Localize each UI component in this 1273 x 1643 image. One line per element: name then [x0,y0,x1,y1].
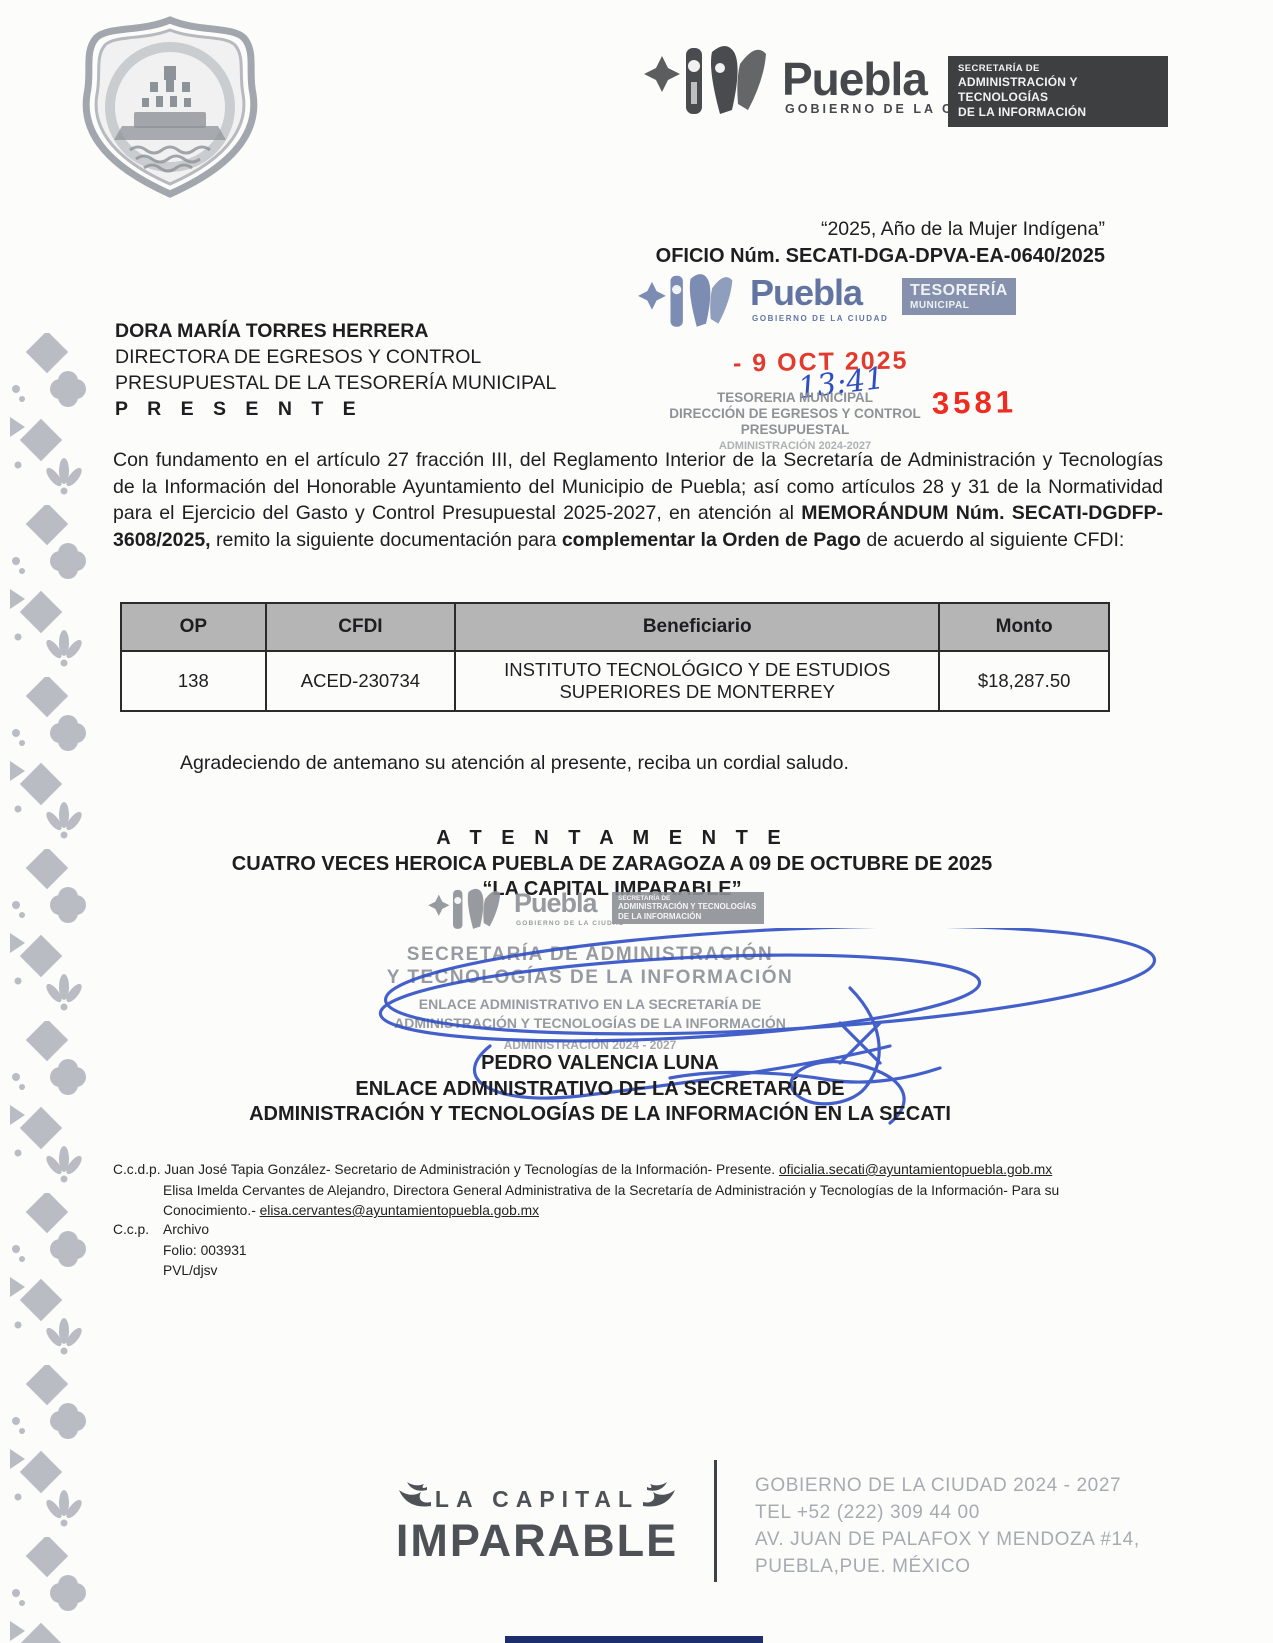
body-run-2: remito la siguiente documentación para [211,529,562,551]
tesoreria-logo-icon [630,268,745,336]
oficio-number: OFICIO Núm. SECATI-DGA-DPVA-EA-0640/2025 [656,243,1105,270]
ccp-folio: Folio: 003931 [163,1241,463,1262]
ccp-block: C.c.p. Archivo Folio: 003931 PVL/djsv [113,1220,149,1241]
received-office-stamp: TESORERIA MUNICIPAL DIRECCIÓN DE EGRESOS… [635,390,955,454]
puebla-crest-icon [72,14,268,200]
footer-tel: TEL +52 (222) 309 44 00 [755,1499,1140,1526]
cc-line1-text: Juan José Tapia González- Secretario de … [164,1162,779,1177]
year-quote: “2025, Año de la Mujer Indígena” [656,216,1105,243]
footer-address-1: AV. JUAN DE PALAFOX Y MENDOZA #14, [755,1526,1140,1553]
col-op: OP [121,603,266,651]
left-wing-icon [397,1480,433,1514]
recipient-block: DORA MARÍA TORRES HERRERA DIRECTORA DE E… [115,318,556,422]
received-folio-number: 3581 [932,384,1018,421]
cc-line-1: C.c.d.p. Juan José Tapia González- Secre… [113,1160,1059,1181]
cc-line3-text: Conocimiento.- [163,1203,260,1218]
table-row: 138 ACED-230734 INSTITUTO TECNOLÓGICO Y … [121,651,1109,711]
footer-address-2: PUEBLA,PUE. MÉXICO [755,1553,1140,1580]
body-orden-pago: complementar la Orden de Pago [562,529,861,551]
recipient-name: DORA MARÍA TORRES HERRERA [115,318,556,344]
puebla-logo-icon [642,38,774,126]
recipient-title-1: DIRECTORA DE EGRESOS Y CONTROL [115,344,556,370]
tesoreria-badge-line1: TESORERÍA [910,282,1008,300]
imparable-text: IMPARABLE [392,1515,682,1567]
office-line1: TESORERIA MUNICIPAL [635,390,955,406]
ccp-initials: PVL/djsv [163,1261,463,1282]
cc-email-1[interactable]: oficialia.secati@ayuntamientopuebla.gob.… [779,1162,1052,1177]
badge-line3: DE LA INFORMACIÓN [958,105,1158,120]
badge-line2: ADMINISTRACIÓN Y TECNOLOGÍAS [958,75,1158,105]
recipient-title-2: PRESUPUESTAL DE LA TESORERÍA MUNICIPAL [115,370,556,396]
footer-gov: GOBIERNO DE LA CIUDAD 2024 - 2027 [755,1472,1140,1499]
footer-contact: GOBIERNO DE LA CIUDAD 2024 - 2027 TEL +5… [755,1472,1140,1580]
cc-block: C.c.d.p. Juan José Tapia González- Secre… [113,1160,1059,1222]
tesoreria-stamp: Puebla GOBIERNO DE LA CIUDAD TESORERÍA M… [630,268,990,338]
tesoreria-brand-subtitle: GOBIERNO DE LA CIUDAD [752,314,888,323]
mini-stamp-subtitle: GOBIERNO DE LA CIUDAD [516,920,625,927]
office-line2: DIRECCIÓN DE EGRESOS Y CONTROL [635,406,955,422]
thanks-line: Agradeciendo de antemano su atención al … [180,752,849,775]
recipient-presente: P R E S E N T E [115,396,556,422]
signer-title-2: ADMINISTRACIÓN Y TECNOLOGÍAS DE LA INFOR… [150,1102,1050,1128]
office-line3: PRESUPUESTAL [635,422,955,438]
mini-stamp-wordmark: Puebla [514,888,597,919]
table-header-row: OP CFDI Beneficiario Monto [121,603,1109,651]
col-monto: Monto [939,603,1109,651]
signer-title-1: ENLACE ADMINISTRATIVO DE LA SECRETARÍA D… [150,1077,1050,1103]
mini-badge-line2: ADMINISTRACIÓN Y TECNOLOGÍAS [618,902,758,911]
header-secretaria-badge: SECRETARÍA DE ADMINISTRACIÓN Y TECNOLOGÍ… [948,56,1168,127]
mini-badge-line1: SECRETARÍA DE [618,895,758,902]
scan-artifact-bar [505,1636,763,1643]
capital-imparable-logo: LA CAPITAL IMPARABLE [392,1486,682,1567]
cell-beneficiario: INSTITUTO TECNOLÓGICO Y DE ESTUDIOS SUPE… [455,651,939,711]
cc-line-2: Elisa Imelda Cervantes de Alejandro, Dir… [163,1181,1059,1202]
footer-divider [714,1460,717,1582]
ccp-label: C.c.p. [113,1222,149,1237]
city-date-line: CUATRO VECES HEROICA PUEBLA DE ZARAGOZA … [112,853,1112,876]
cell-op: 138 [121,651,266,711]
tesoreria-badge: TESORERÍA MUNICIPAL [902,278,1016,315]
cc-line-3: Conocimiento.- elisa.cervantes@ayuntamie… [163,1201,1059,1222]
signer-block: PEDRO VALENCIA LUNA ENLACE ADMINISTRATIV… [150,1051,1050,1128]
cc-email-2[interactable]: elisa.cervantes@ayuntamientopuebla.gob.m… [260,1203,539,1218]
col-cfdi: CFDI [266,603,456,651]
talavera-border-pattern [4,333,106,1643]
atentamente-line: A T E N T A M E N T E [112,827,1112,850]
cfdi-table: OP CFDI Beneficiario Monto 138 ACED-2307… [120,602,1110,712]
tesoreria-badge-line2: MUNICIPAL [910,300,1008,311]
badge-line1: SECRETARÍA DE [958,63,1158,75]
ccp-archive: Archivo [163,1220,463,1241]
mini-stamp-badge: SECRETARÍA DE ADMINISTRACIÓN Y TECNOLOGÍ… [612,892,764,924]
tesoreria-brand-wordmark: Puebla [750,272,862,314]
body-run-3: de acuerdo al siguiente CFDI: [861,529,1124,551]
right-wing-icon [641,1480,677,1514]
header-brand-wordmark: Puebla [782,52,927,106]
ccp-details: Archivo Folio: 003931 PVL/djsv [163,1220,463,1282]
document-page: Puebla GOBIERNO DE LA CIUDAD SECRETARÍA … [0,0,1273,1643]
cell-monto: $18,287.50 [939,651,1109,711]
cell-cfdi: ACED-230734 [266,651,456,711]
capital-text: LA CAPITAL [435,1486,639,1512]
col-beneficiario: Beneficiario [455,603,939,651]
masthead: “2025, Año de la Mujer Indígena” OFICIO … [656,216,1105,270]
signer-name: PEDRO VALENCIA LUNA [150,1051,1050,1077]
cc-label: C.c.d.p. [113,1162,161,1177]
body-paragraph: Con fundamento en el artículo 27 fracció… [113,447,1163,553]
mini-badge-line3: DE LA INFORMACIÓN [618,912,758,921]
